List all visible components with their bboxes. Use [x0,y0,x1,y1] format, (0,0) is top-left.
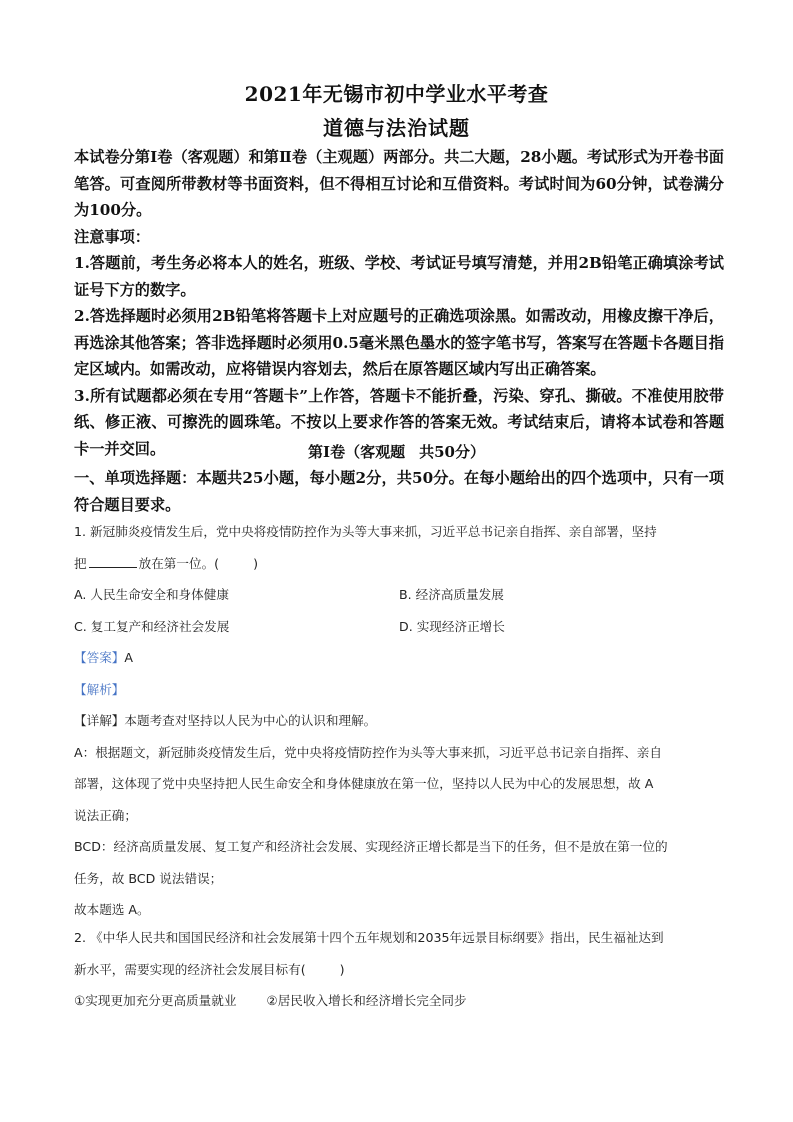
q1-detail: 【详解】本题考查对坚持以人民为中心的认识和理解。 [74,705,724,737]
q1-option-d: D. 实现经济正增长 [399,611,724,643]
q2-stem-line2: 新水平，需要实现的经济社会发展目标有() [74,954,724,986]
q1-explanation-line: 故本题选 A。 [74,894,724,926]
question-2: 2. 《中华人民共和国国民经济和社会发展第十四个五年规划和2035年远景目标纲要… [74,922,724,1017]
section-instruction-block: 一、单项选择题：本题共25小题，每小题2分，共50分。在每小题给出的四个选项中，… [74,465,724,518]
q2-item-2: ②居民收入增长和经济增长完全同步 [266,993,466,1008]
q2-item-1: ①实现更加充分更高质量就业 [74,993,236,1008]
q1-option-a: A. 人民生命安全和身体健康 [74,579,399,611]
exam-page: 2021年无锡市初中学业水平考查 道德与法治试题 本试卷分第Ⅰ卷（客观题）和第Ⅱ… [0,0,793,1122]
notes-title: 注意事项： [74,224,724,251]
fill-blank [89,553,137,568]
exam-instructions: 本试卷分第Ⅰ卷（客观题）和第Ⅱ卷（主观题）两部分。共二大题，28小题。考试形式为… [74,144,724,462]
section-instruction: 一、单项选择题：本题共25小题，每小题2分，共50分。在每小题给出的四个选项中，… [74,465,724,518]
q1-option-b: B. 经济高质量发展 [399,579,724,611]
exam-subject-title: 道德与法治试题 [0,112,793,141]
q1-option-c: C. 复工复产和经济社会发展 [74,611,399,643]
q1-analysis-label: 【解析】 [74,674,724,706]
q1-stem-line2: 把放在第一位。() [74,548,724,580]
q1-explanation-line: A：根据题文，新冠肺炎疫情发生后，党中央将疫情防控作为头等大事来抓，习近平总书记… [74,737,724,769]
q1-explanation-line: 说法正确； [74,800,724,832]
q1-explanation-line: 部署，这体现了党中央坚持把人民生命安全和身体健康放在第一位，坚持以人民为中心的发… [74,768,724,800]
q1-explanation-line: 任务，故 BCD 说法错误； [74,863,724,895]
intro-paragraph: 本试卷分第Ⅰ卷（客观题）和第Ⅱ卷（主观题）两部分。共二大题，28小题。考试形式为… [74,144,724,224]
q2-items: ①实现更加充分更高质量就业②居民收入增长和经济增长完全同步 [74,985,724,1017]
answer-label: 【答案】 [74,650,124,665]
answer-value: A [124,650,133,665]
note-item-1: 1.答题前，考生务必将本人的姓名，班级、学校、考试证号填写清楚，并用2B铅笔正确… [74,250,724,303]
q1-explanation-line: BCD：经济高质量发展、复工复产和经济社会发展、实现经济正增长都是当下的任务，但… [74,831,724,863]
exam-title: 2021年无锡市初中学业水平考查 [0,78,793,107]
q1-stem-line1: 1. 新冠肺炎疫情发生后，党中央将疫情防控作为头等大事来抓，习近平总书记亲自指挥… [74,516,724,548]
q1-answer: 【答案】A [74,642,724,674]
question-1: 1. 新冠肺炎疫情发生后，党中央将疫情防控作为头等大事来抓，习近平总书记亲自指挥… [74,516,724,926]
note-item-2: 2.答选择题时必须用2B铅笔将答题卡上对应题号的正确选项涂黑。如需改动，用橡皮擦… [74,303,724,383]
section-heading: 第Ⅰ卷（客观题共50分） [0,441,793,462]
q2-stem-line1: 2. 《中华人民共和国国民经济和社会发展第十四个五年规划和2035年远景目标纲要… [74,922,724,954]
